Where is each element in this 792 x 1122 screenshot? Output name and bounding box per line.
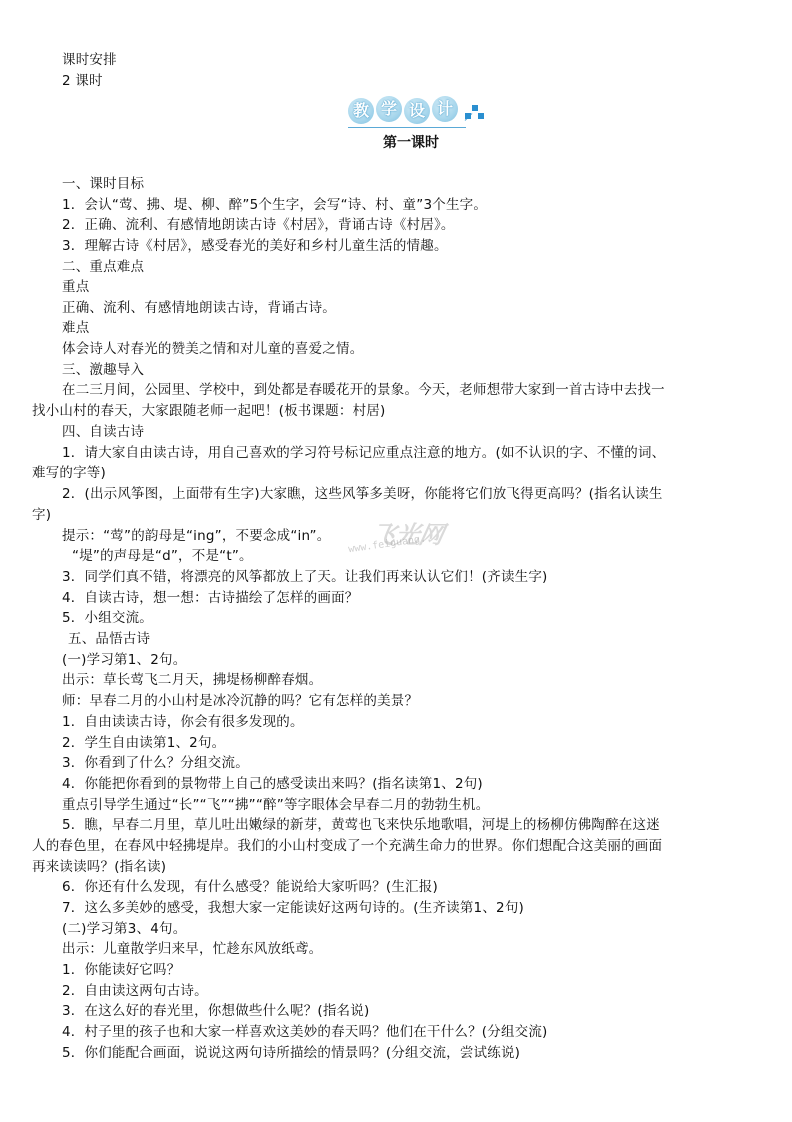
list-item: 1．请大家自由读古诗，用自己喜欢的学习符号标记应重点注意的地方。(如不认识的字、… <box>62 443 665 463</box>
schedule-label: 课时安排 <box>62 50 117 70</box>
list-item: 6．你还有什么发现，有什么感受？能说给大家听吗？(生汇报) <box>62 877 438 897</box>
banner-char: 计 <box>432 96 458 122</box>
banner-char: 学 <box>376 96 402 122</box>
section-heading-intro: 三、激趣导入 <box>62 360 144 380</box>
section-heading-self-read: 四、自读古诗 <box>62 422 144 442</box>
paragraph: 出示：草长莺飞二月天，拂堤杨柳醉春烟。 <box>62 670 322 690</box>
list-item: 5．瞧，早春二月里，草儿吐出嫩绿的新芽，黄莺也飞来快乐地歌唱，河堤上的杨柳仿佛陶… <box>62 815 660 835</box>
teaching-design-banner: 教 学 设 计 <box>344 96 494 136</box>
subheading-difficulty: 难点 <box>62 318 89 338</box>
paragraph: 正确、流利、有感情地朗读古诗，背诵古诗。 <box>62 298 336 318</box>
list-item: 1．自由读读古诗，你会有很多发现的。 <box>62 712 304 732</box>
list-item: 2．学生自由读第1、2句。 <box>62 733 225 753</box>
schedule-value: 2 课时 <box>62 71 103 91</box>
paragraph-continued: 找小山村的春天，大家跟随老师一起吧！(板书课题：村居) <box>32 401 385 421</box>
list-item: 5．你们能配合画面，说说这两句诗所描绘的情景吗？(分组交流，尝试练说) <box>62 1043 520 1063</box>
list-item: 2．(出示风筝图，上面带有生字)大家瞧，这些风筝多美呀，你能将它们放飞得更高吗？… <box>62 484 663 504</box>
list-item-continued: 难写的字等) <box>32 463 106 483</box>
lesson-subtitle: 第一课时 <box>383 133 439 153</box>
subheading: (二)学习第3、4句。 <box>62 919 186 939</box>
list-item: 1．你能读好它吗？ <box>62 960 180 980</box>
hint: 提示：“莺”的韵母是“ing”，不要念成“in”。 <box>62 526 330 546</box>
goal-item: 1．会认“莺、拂、堤、柳、醉”5个生字，会写“诗、村、童”3个生字。 <box>62 195 487 215</box>
goal-item: 3．理解古诗《村居》，感受春光的美好和乡村儿童生活的情趣。 <box>62 236 448 256</box>
list-item-continued: 再来读读吗？(指名读) <box>32 857 166 877</box>
subheading-key: 重点 <box>62 277 89 297</box>
section-heading-goals: 一、课时目标 <box>62 174 144 194</box>
list-item-continued: 字) <box>32 505 51 525</box>
list-item: 3．在这么好的春光里，你想做些什么呢？(指名说) <box>62 1001 369 1021</box>
watermark-url: www.feiguang... <box>348 532 439 555</box>
section-heading-key-points: 二、重点难点 <box>62 257 144 277</box>
paragraph: 重点引导学生通过“长”“飞”“拂”“醉”等字眼体会早春二月的勃勃生机。 <box>62 795 489 815</box>
document-page: 课时安排 2 课时 教 学 设 计 第一课时 一、课时目标 1．会认“莺、拂、堤… <box>0 0 792 1122</box>
banner-char: 设 <box>404 98 430 124</box>
goal-item: 2．正确、流利、有感情地朗读古诗《村居》，背诵古诗《村居》。 <box>62 215 455 235</box>
subheading: (一)学习第1、2句。 <box>62 650 186 670</box>
list-item: 3．你看到了什么？分组交流。 <box>62 753 249 773</box>
list-item: 2．自由读这两句古诗。 <box>62 981 208 1001</box>
watermark-logo: 飞光网 <box>368 515 447 550</box>
banner-char: 教 <box>348 98 374 124</box>
paragraph: 体会诗人对春光的赞美之情和对儿童的喜爱之情。 <box>62 339 363 359</box>
decor-square-icon <box>465 113 471 119</box>
paragraph: 出示：儿童散学归来早，忙趁东风放纸鸢。 <box>62 939 322 959</box>
decor-square-icon <box>472 105 478 111</box>
list-item: 4．你能把你看到的景物带上自己的感受读出来吗？(指名读第1、2句) <box>62 774 483 794</box>
list-item: 3．同学们真不错，将漂亮的风筝都放上了天。让我们再来认认它们！(齐读生字) <box>62 567 548 587</box>
decor-square-icon <box>478 113 484 119</box>
list-item: 4．自读古诗，想一想：古诗描绘了怎样的画面？ <box>62 588 359 608</box>
list-item: 7．这么多美妙的感受，我想大家一定能读好这两句诗的。(生齐读第1、2句) <box>62 898 524 918</box>
paragraph: 师：早春二月的小山村是冰冷沉静的吗？它有怎样的美景？ <box>62 691 418 711</box>
section-heading-appreciate: 五、品悟古诗 <box>68 629 150 649</box>
banner-underline <box>348 127 466 128</box>
paragraph: 在二三月间，公园里、学校中，到处都是春暖花开的景象。今天，老师想带大家到一首古诗… <box>62 380 665 400</box>
list-item: 5．小组交流。 <box>62 608 153 628</box>
hint: “堤”的声母是“d”，不是“t”。 <box>72 546 253 566</box>
list-item-continued: 人的春色里，在春风中轻拂堤岸。我们的小山村变成了一个充满生命力的世界。你们想配合… <box>32 836 662 856</box>
list-item: 4．村子里的孩子也和大家一样喜欢这美妙的春天吗？他们在干什么？(分组交流) <box>62 1022 548 1042</box>
